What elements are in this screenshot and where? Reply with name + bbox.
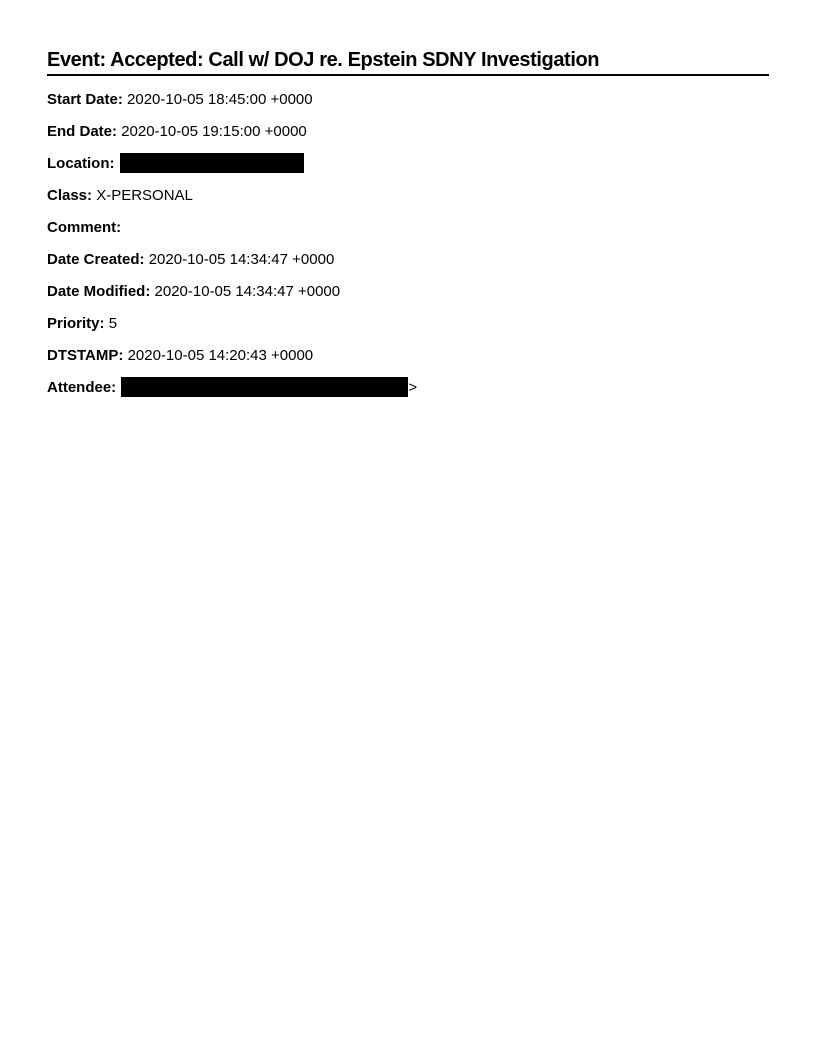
event-document: Event: Accepted: Call w/ DOJ re. Epstein…	[47, 46, 769, 404]
attendee-label: Attendee:	[47, 379, 116, 396]
end-date-label: End Date:	[47, 123, 117, 140]
field-priority: Priority: 5	[47, 308, 769, 340]
field-attendee: Attendee: >	[47, 372, 769, 404]
event-value: Accepted: Call w/ DOJ re. Epstein SDNY I…	[110, 49, 599, 71]
date-created-value: 2020-10-05 14:34:47 +0000	[149, 251, 335, 268]
field-end-date: End Date: 2020-10-05 19:15:00 +0000	[47, 116, 769, 148]
location-label: Location:	[47, 155, 115, 172]
class-label: Class:	[47, 187, 92, 204]
event-label: Event:	[47, 49, 106, 71]
field-dtstamp: DTSTAMP: 2020-10-05 14:20:43 +0000	[47, 340, 769, 372]
field-date-created: Date Created: 2020-10-05 14:34:47 +0000	[47, 244, 769, 276]
event-title: Event: Accepted: Call w/ DOJ re. Epstein…	[47, 46, 769, 76]
end-date-value: 2020-10-05 19:15:00 +0000	[121, 123, 307, 140]
start-date-label: Start Date:	[47, 91, 123, 108]
field-comment: Comment:	[47, 212, 769, 244]
location-redaction	[120, 153, 304, 173]
field-class: Class: X-PERSONAL	[47, 180, 769, 212]
field-start-date: Start Date: 2020-10-05 18:45:00 +0000	[47, 84, 769, 116]
dtstamp-value: 2020-10-05 14:20:43 +0000	[128, 347, 314, 364]
event-fields: Start Date: 2020-10-05 18:45:00 +0000 En…	[47, 84, 769, 404]
date-created-label: Date Created:	[47, 251, 145, 268]
priority-label: Priority:	[47, 315, 105, 332]
attendee-suffix: >	[408, 379, 417, 396]
dtstamp-label: DTSTAMP:	[47, 347, 123, 364]
date-modified-label: Date Modified:	[47, 283, 150, 300]
field-date-modified: Date Modified: 2020-10-05 14:34:47 +0000	[47, 276, 769, 308]
comment-label: Comment:	[47, 219, 121, 236]
start-date-value: 2020-10-05 18:45:00 +0000	[127, 91, 313, 108]
class-value: X-PERSONAL	[96, 187, 193, 204]
date-modified-value: 2020-10-05 14:34:47 +0000	[155, 283, 341, 300]
field-location: Location:	[47, 148, 769, 180]
attendee-redaction	[121, 377, 408, 397]
priority-value: 5	[109, 315, 117, 332]
